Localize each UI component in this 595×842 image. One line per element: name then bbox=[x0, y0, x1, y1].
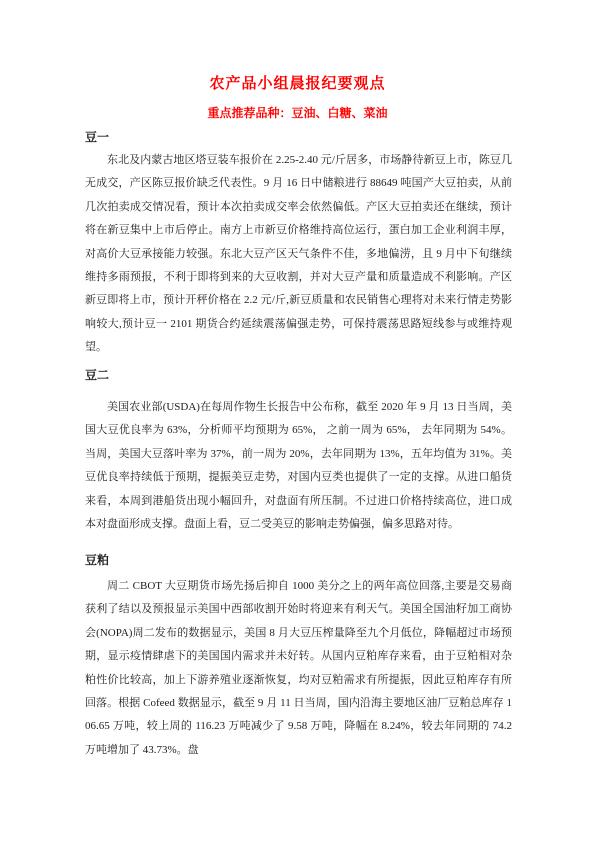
section-body-douyi: 东北及内蒙古地区塔豆装车报价在 2.25-2.40 元/斤居多，市场静待新豆上市… bbox=[85, 149, 512, 360]
section-heading-douer: 豆二 bbox=[85, 367, 512, 383]
section-heading-douyi: 豆一 bbox=[85, 129, 512, 145]
document-subtitle: 重点推荐品种：豆油、白糖、菜油 bbox=[0, 104, 595, 122]
document-page: 农产品小组晨报纪要观点 重点推荐品种：豆油、白糖、菜油 豆一 东北及内蒙古地区塔… bbox=[0, 0, 595, 842]
section-body-douer: 美国农业部(USDA)在每周作物生长报告中公布称，截至 2020 年 9 月 1… bbox=[85, 396, 512, 536]
document-title: 农产品小组晨报纪要观点 bbox=[0, 72, 595, 96]
section-heading-doupo: 豆粕 bbox=[85, 552, 512, 568]
section-body-doupo: 周二 CBOT 大豆期货市场先扬后抑自 1000 美分之上的两年高位回落,主要是… bbox=[85, 575, 512, 762]
